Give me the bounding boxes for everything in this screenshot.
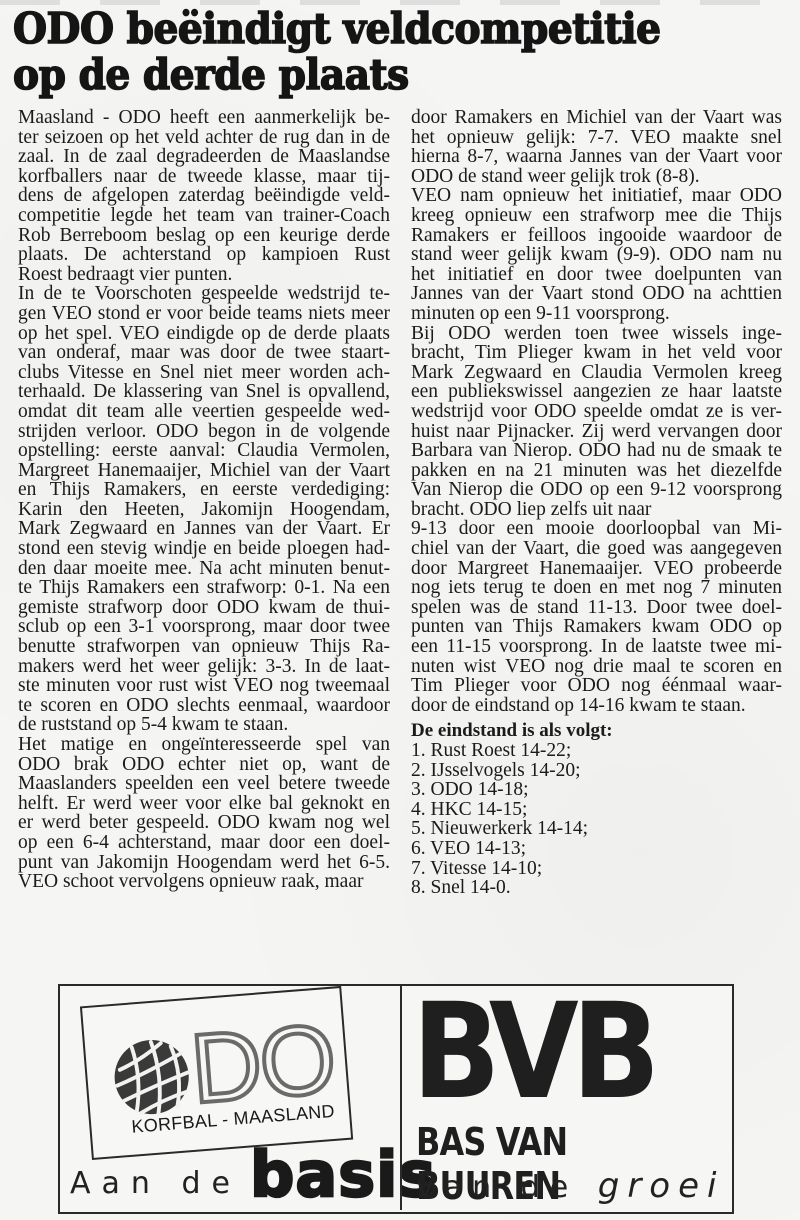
article-line: gemiste strafworp door ODO kwam de thui- [18,598,390,618]
article-line: Maasland - ODO heeft een aanmerkelijk be… [18,108,390,128]
standings-item: 1. Rust Roest 14-22; [411,741,782,761]
article-line: zaal. In de zaal degradeerden de Maaslan… [18,147,390,167]
article-line: korfballers naar de tweede klasse, maar … [18,167,390,187]
article-line: chiel van der Vaart, die goed was aangeg… [411,539,782,559]
article-line: minuten op een 9-11 voorsprong. [411,304,782,324]
standings-item: 3. ODO 14-18; [411,780,782,800]
article-line: Roest bedraagt vier punten. [18,265,390,285]
article-line: nuten wist VEO nog drie maal te scoren e… [411,657,782,677]
article-column-right-text: door Ramakers en Michiel van der Vaart w… [411,108,782,715]
article-line: benutte strafworpen van opnieuw Thijs Ra… [18,637,390,657]
standings-title: De eindstand is als volgt: [411,721,782,741]
slogan-right-italic: groei [598,1166,725,1206]
article-line: omdat dit team alle veertien gespeelde w… [18,402,390,422]
article-line: den daar moeite mee. Na acht minuten ben… [18,559,390,579]
article-line: wedstrijd voor ODO speelde omdat ze is v… [411,402,782,422]
article-line: Barbara van Nierop. ODO had nu de smaak … [411,441,782,461]
article-line: sclub op een 3-1 voorsprong, maar door t… [18,617,390,637]
article-line: Maaslanders speelden een veel betere twe… [18,774,390,794]
standings-item: 2. IJsselvogels 14-20; [411,761,782,781]
slogan-right-light: van de [416,1170,578,1205]
article-line: bracht, Tim Plieger kwam in het veld voo… [411,343,782,363]
article-line: nog iets terug te doen en met nog 7 minu… [411,578,782,598]
standings-item: 4. HKC 14-15; [411,800,782,820]
article-line: gen VEO stond er voor beide teams niets … [18,304,390,324]
article-line: en Thijs Ramakers, en eerste verdediging… [18,480,390,500]
article-line: clubs Vitesse en Snel niet meer worden a… [18,363,390,383]
article-line: op het spel. VEO eindigde op de derde pl… [18,324,390,344]
article-line: punten van Thijs Ramakers kwam ODO op [411,617,782,637]
article-line: te scoren en ODO slechts eenmaal, waardo… [18,696,390,716]
article-line: ODO brak ODO echter niet op, want de [18,755,390,775]
article-line: Tim Plieger voor ODO nog éénmaal waar- [411,676,782,696]
article-line: In de te Voorschoten gespeelde wedstrijd… [18,284,390,304]
article-line: stond een stevig windje en beide ploegen… [18,539,390,559]
article-line: punt van Jakomijn Hoogendam werd het 6-5… [18,853,390,873]
standings-item: 8. Snel 14-0. [411,878,782,898]
advertisement: DO KORFBAL - MAASLAND Aan de basis BVB B… [58,984,734,1214]
article-line: 9-13 door een mooie doorloopbal van Mi- [411,519,782,539]
article-line: Margreet Hanemaaijer, Michiel van der Va… [18,461,390,481]
article-line: Bij ODO werden toen twee wissels inge- [411,324,782,344]
article-line: Ramakers er feilloos ingooide waardoor d… [411,226,782,246]
article-line: hierna 8-7, waarna Jannes van der Vaart … [411,147,782,167]
bvb-logo-panel: BVB BAS VAN BUUREN van de groei [400,984,728,1210]
article-line: ODO de stand weer gelijk trok (8-8). [411,167,782,187]
odo-logo: DO KORFBAL - MAASLAND [80,986,353,1160]
article-line: bracht. ODO liep zelfs uit naar [411,500,782,520]
newspaper-page: ODO beëindigt veldcompetitie op de derde… [0,0,800,1220]
article-line: een 11-15 voorsprong. In de laatste twee… [411,637,782,657]
article-line: Het matige en ongeïnteresseerde spel van [18,735,390,755]
article-line: door Margreet Hanemaaijer. VEO probeerde [411,559,782,579]
standings-item: 7. Vitesse 14-10; [411,859,782,879]
article-line: door Ramakers en Michiel van der Vaart w… [411,108,782,128]
article-line: terhaald. De klassering van Snel is opva… [18,382,390,402]
article-line: opstelling: eerste aanval: Claudia Vermo… [18,441,390,461]
article-line: dens de afgelopen zaterdag beëindigde ve… [18,186,390,206]
article-line: van onderaf, maar was door de twee staar… [18,343,390,363]
article-line: makers werd het weer gelijk: 3-3. In de … [18,657,390,677]
article-line: het initiatief en door twee doelpunten v… [411,265,782,285]
korfball-icon [110,1035,194,1119]
article-line: ter seizoen op het veld achter de rug da… [18,128,390,148]
article-column-right: door Ramakers en Michiel van der Vaart w… [411,108,782,898]
article-line: ste minuten voor rust wist VEO nog tweem… [18,676,390,696]
article-line: op een 6-4 achterstand, maar door een do… [18,833,390,853]
article-line: pakken en na 21 minuten was het diezelfd… [411,461,782,481]
slogan-left-light: Aan de [70,1166,241,1201]
article-line: VEO schoot vervolgens opnieuw raak, maar [18,872,390,892]
article-line: Mark Zegwaard en Claudia Vermolen kreeg [411,363,782,383]
article-line: Karin den Heeten, Jakomijn Hoogendam, [18,500,390,520]
standings-section: De eindstand is als volgt: 1. Rust Roest… [411,721,782,897]
headline-line-1: ODO beëindigt veldcompetitie [13,6,660,52]
article-line: er werd beter gespeeld. ODO kwam nog wel [18,813,390,833]
article-line: plaats. De achterstand op kampioen Rust [18,245,390,265]
article-line: kreeg opnieuw een strafworp mee die Thij… [411,206,782,226]
article-line: Rob Berreboom beslag op een keurige derd… [18,226,390,246]
slogan-right: van de groei [416,1166,724,1206]
headline-line-2: op de derde plaats [13,52,660,98]
article-line: een publiekswissel aangezien ze haar laa… [411,382,782,402]
article-line: spelen was de stand 11-13. Door twee doe… [411,598,782,618]
article-line: Jannes van der Vaart stond ODO na achtti… [411,284,782,304]
article-line: Van Nierop die ODO op een 9-12 voorspron… [411,480,782,500]
article-line: te Thijs Ramakers een strafworp: 0-1. Na… [18,578,390,598]
article-line: Mark Zegwaard en Jannes van der Vaart. E… [18,519,390,539]
article-line: competitie legde het team van trainer-Co… [18,206,390,226]
article-headline: ODO beëindigt veldcompetitie op de derde… [13,6,660,98]
article-line: de ruststand op 5-4 kwam te staan. [18,715,390,735]
article-line: strijden verloor. ODO begon in de volgen… [18,422,390,442]
article-line: stand weer gelijk kwam (9-9). ODO nam nu [411,245,782,265]
article-line: door de eindstand op 14-16 kwam te staan… [411,696,782,716]
article-line: het opnieuw gelijk: 7-7. VEO maakte snel [411,128,782,148]
standings-item: 5. Nieuwerkerk 14-14; [411,819,782,839]
bvb-logo: BVB [412,982,653,1122]
article-column-left: Maasland - ODO heeft een aanmerkelijk be… [18,108,390,892]
standings-list: 1. Rust Roest 14-22;2. IJsselvogels 14-2… [411,741,782,898]
article-line: helft. Er werd weer voor elke bal geknok… [18,794,390,814]
article-line: VEO nam opnieuw het initiatief, maar ODO [411,186,782,206]
standings-item: 6. VEO 14-13; [411,839,782,859]
article-line: huist naar Pijnacker. Zij werd vervangen… [411,422,782,442]
